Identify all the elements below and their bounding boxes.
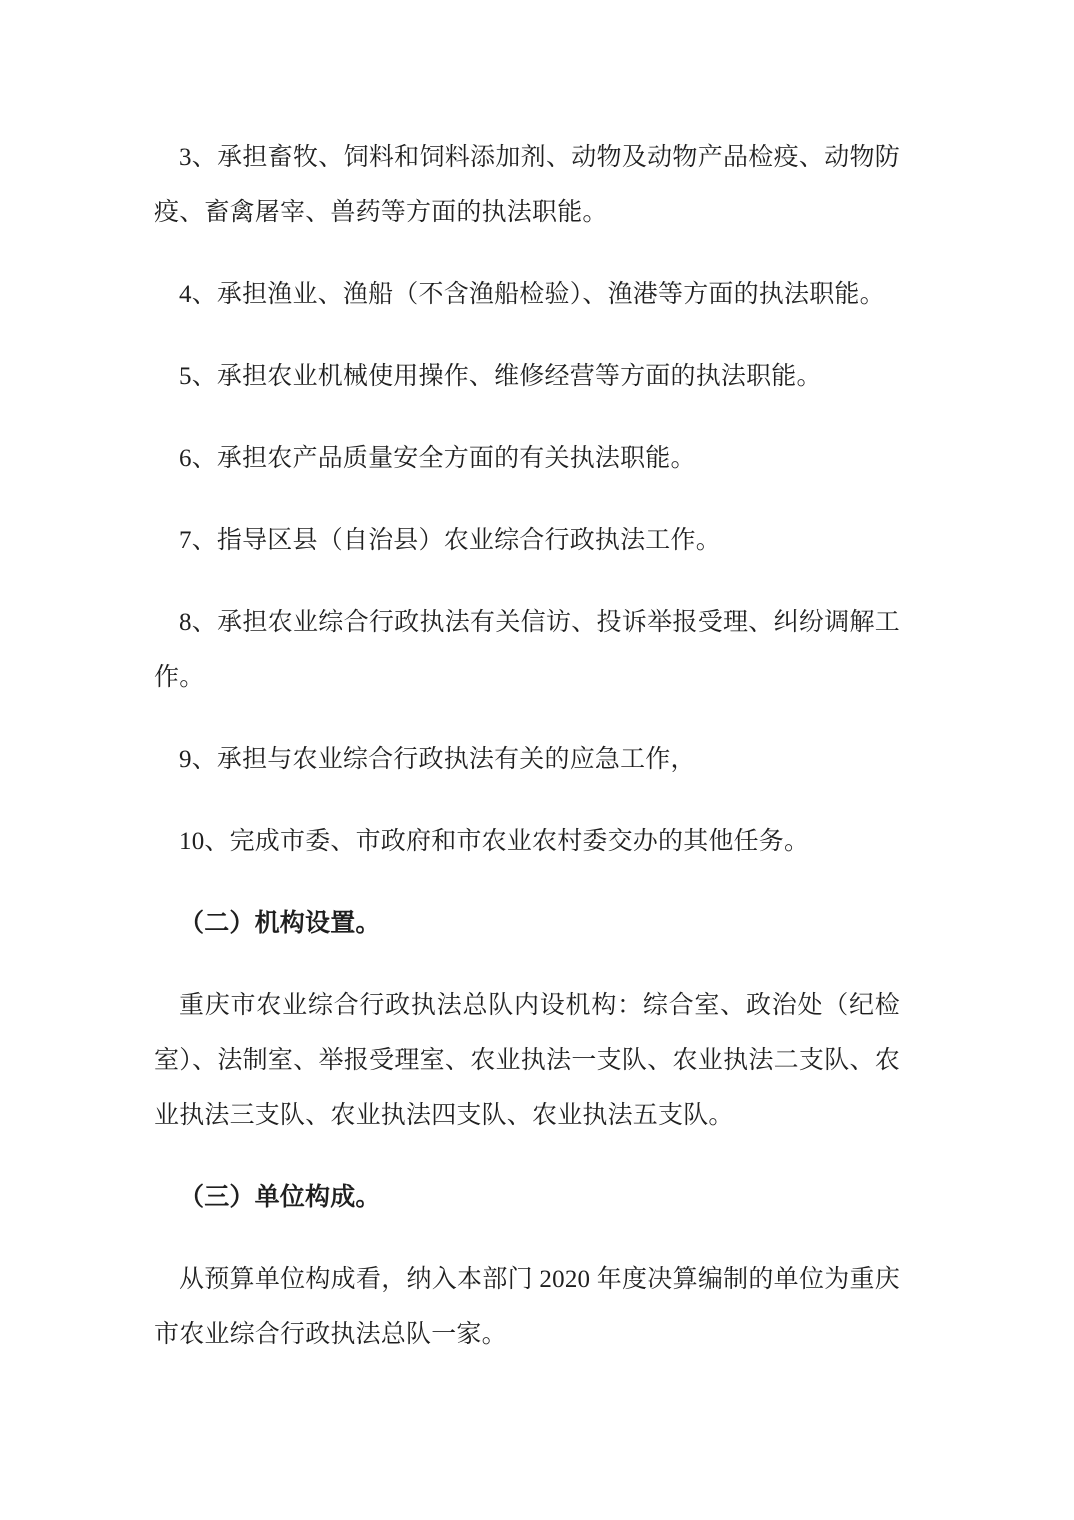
para-duty-3: 3、承担畜牧、饲料和饲料添加剂、动物及动物产品检疫、动物防疫、畜禽屠宰、兽药等方… (154, 130, 900, 240)
section-heading-unit-composition: （三）单位构成。 (154, 1170, 900, 1225)
document-page: 3、承担畜牧、饲料和饲料添加剂、动物及动物产品检疫、动物防疫、畜禽屠宰、兽药等方… (0, 0, 1074, 1520)
para-duty-10: 10、完成市委、市政府和市农业农村委交办的其他任务。 (154, 814, 900, 869)
para-duty-5: 5、承担农业机械使用操作、维修经营等方面的执法职能。 (154, 349, 900, 404)
para-duty-8: 8、承担农业综合行政执法有关信访、投诉举报受理、纠纷调解工作。 (154, 595, 900, 705)
para-duty-7: 7、指导区县（自治县）农业综合行政执法工作。 (154, 513, 900, 568)
para-duty-6: 6、承担农产品质量安全方面的有关执法职能。 (154, 431, 900, 486)
para-unit-composition: 从预算单位构成看，纳入本部门 2020 年度决算编制的单位为重庆市农业综合行政执… (154, 1252, 900, 1362)
section-heading-org-setup: （二）机构设置。 (154, 896, 900, 951)
para-duty-4: 4、承担渔业、渔船（不含渔船检验）、渔港等方面的执法职能。 (154, 267, 900, 322)
document-content: 3、承担畜牧、饲料和饲料添加剂、动物及动物产品检疫、动物防疫、畜禽屠宰、兽药等方… (154, 130, 900, 1362)
para-org-setup: 重庆市农业综合行政执法总队内设机构：综合室、政治处（纪检室）、法制室、举报受理室… (154, 978, 900, 1143)
para-duty-9: 9、承担与农业综合行政执法有关的应急工作， (154, 732, 900, 787)
